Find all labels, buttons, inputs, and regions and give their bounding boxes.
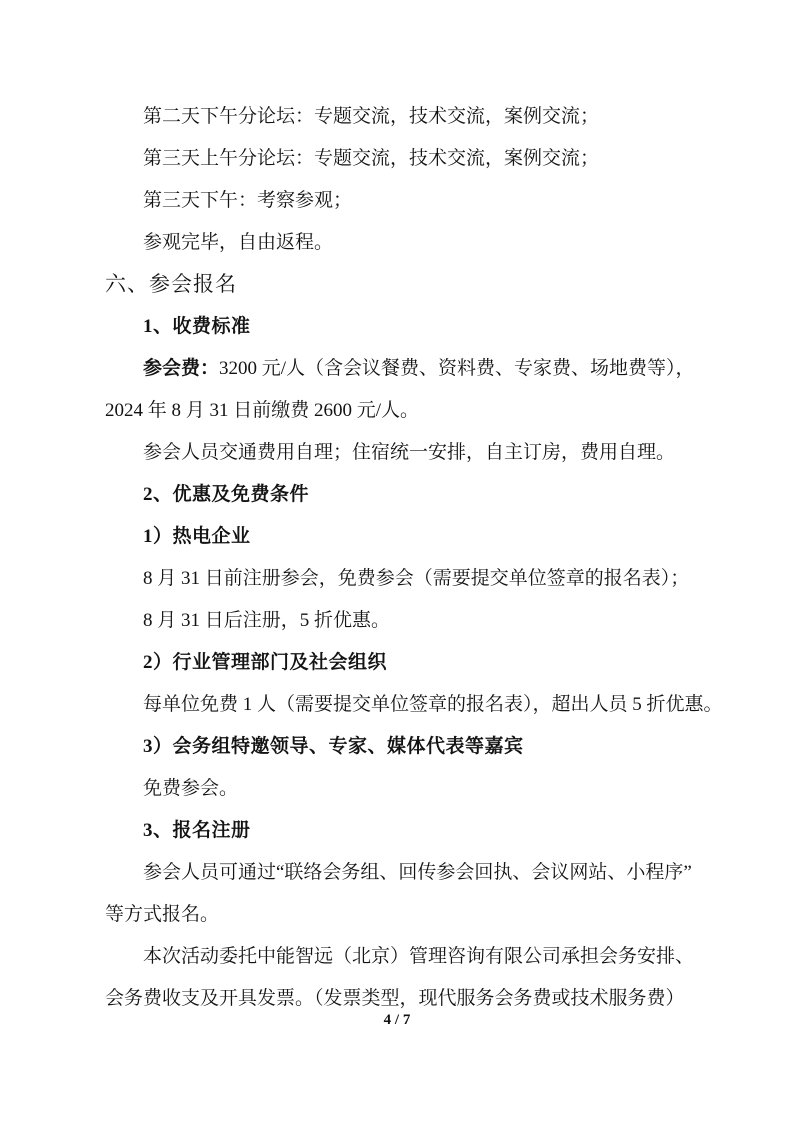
line-industry-free-quota: 每单位免费 1 人（需要提交单位签章的报名表），超出人员 5 折优惠。 <box>105 684 691 726</box>
line-agenda-day3-am: 第三天上午分论坛：专题交流，技术交流，案例交流； <box>105 138 691 180</box>
heading-discount-conditions: 2、优惠及免费条件 <box>105 474 691 516</box>
document-body: 第二天下午分论坛：专题交流，技术交流，案例交流；第三天上午分论坛：专题交流，技术… <box>105 96 691 1020</box>
heading-signup-register: 3、报名注册 <box>105 810 691 852</box>
line-agenda-day3-pm: 第三天下午：考察参观； <box>105 180 691 222</box>
line-guests-free: 免费参会。 <box>105 768 691 810</box>
line-fee-earlybird: 2024 年 8 月 31 日前缴费 2600 元/人。 <box>105 390 691 432</box>
line-signup-methods-cont: 等方式报名。 <box>105 894 691 936</box>
line-thermal-before-aug31: 8 月 31 日前注册参会，免费参会（需要提交单位签章的报名表）； <box>105 558 691 600</box>
line-thermal-after-aug31: 8 月 31 日后注册，5 折优惠。 <box>105 600 691 642</box>
page-number: 4 / 7 <box>0 1004 794 1036</box>
heading-fee-standard: 1、收费标准 <box>105 306 691 348</box>
line-fee-detail: 参会费：3200 元/人（含会议餐费、资料费、专家费、场地费等）， <box>105 348 691 390</box>
heading-thermal-enterprises: 1）热电企业 <box>105 516 691 558</box>
heading-section6-registration: 六、参会报名 <box>105 264 691 306</box>
heading-invited-guests: 3）会务组特邀领导、专家、媒体代表等嘉宾 <box>105 726 691 768</box>
line-travel-accommodation: 参会人员交通费用自理；住宿统一安排，自主订房，费用自理。 <box>105 432 691 474</box>
line-agenda-day2-pm: 第二天下午分论坛：专题交流，技术交流，案例交流； <box>105 96 691 138</box>
heading-industry-admin: 2）行业管理部门及社会组织 <box>105 642 691 684</box>
line-signup-methods: 参会人员可通过“联络会务组、回传参会回执、会议网站、小程序” <box>105 852 691 894</box>
document-page: 第二天下午分论坛：专题交流，技术交流，案例交流；第三天上午分论坛：专题交流，技术… <box>0 0 794 1123</box>
line-fee-detail-bold-lead-in: 参会费： <box>143 358 219 379</box>
line-agenda-return: 参观完毕，自由返程。 <box>105 222 691 264</box>
line-entrusted-company: 本次活动委托中能智远（北京）管理咨询有限公司承担会务安排、 <box>105 936 691 978</box>
